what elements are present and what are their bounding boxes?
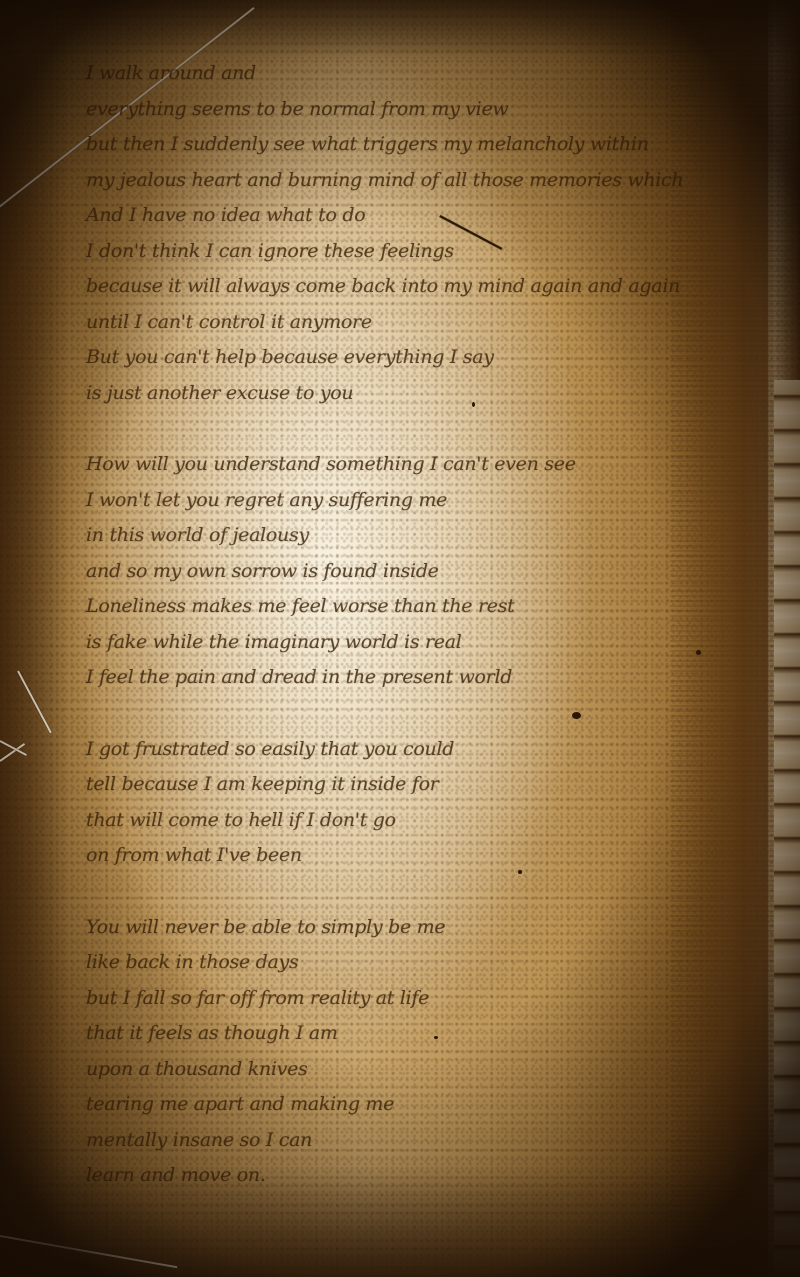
torn-right-edge — [774, 380, 800, 1277]
poem-line: You will never be able to simply be me — [86, 912, 726, 948]
poem-line: that it feels as though I am — [86, 1018, 726, 1054]
stanza-break — [86, 876, 726, 912]
poem-line: but then I suddenly see what triggers my… — [86, 129, 726, 165]
poem-line: But you can't help because everything I … — [86, 342, 726, 378]
poem-line: mentally insane so I can — [86, 1125, 726, 1161]
poem-line: in this world of jealousy — [86, 520, 726, 556]
poem-text: I walk around and everything seems to be… — [86, 58, 726, 1196]
stanza-1: I walk around and everything seems to be… — [86, 58, 726, 413]
poem-line: because it will always come back into my… — [86, 271, 726, 307]
poem-line: I got frustrated so easily that you coul… — [86, 734, 726, 770]
stanza-4: You will never be able to simply be me l… — [86, 912, 726, 1196]
stanza-3: I got frustrated so easily that you coul… — [86, 734, 726, 876]
poem-line: that will come to hell if I don't go — [86, 805, 726, 841]
left-edge-shadow — [0, 0, 70, 1277]
poem-line: I won't let you regret any suffering me — [86, 485, 726, 521]
poem-line: but I fall so far off from reality at li… — [86, 983, 726, 1019]
poem-line: And I have no idea what to do — [86, 200, 726, 236]
poem-line: on from what I've been — [86, 840, 726, 876]
poem-line: Loneliness makes me feel worse than the … — [86, 591, 726, 627]
poem-line: is just another excuse to you — [86, 378, 726, 414]
poem-line: I don't think I can ignore these feeling… — [86, 236, 726, 272]
poem-line: How will you understand something I can'… — [86, 449, 726, 485]
poem-line: I walk around and — [86, 58, 726, 94]
poem-line: I feel the pain and dread in the present… — [86, 662, 726, 698]
poem-line: is fake while the imaginary world is rea… — [86, 627, 726, 663]
stanza-break — [86, 413, 726, 449]
stanza-break — [86, 698, 726, 734]
poem-line: until I can't control it anymore — [86, 307, 726, 343]
poem-line: tell because I am keeping it inside for — [86, 769, 726, 805]
poem-line: like back in those days — [86, 947, 726, 983]
top-edge-shadow — [0, 0, 800, 60]
poem-line: learn and move on. — [86, 1160, 726, 1196]
aged-paper-page: I walk around and everything seems to be… — [0, 0, 800, 1277]
stanza-2: How will you understand something I can'… — [86, 449, 726, 698]
poem-line: and so my own sorrow is found inside — [86, 556, 726, 592]
poem-line: upon a thousand knives — [86, 1054, 726, 1090]
poem-line: my jealous heart and burning mind of all… — [86, 165, 726, 201]
poem-line: everything seems to be normal from my vi… — [86, 94, 726, 130]
poem-line: tearing me apart and making me — [86, 1089, 726, 1125]
